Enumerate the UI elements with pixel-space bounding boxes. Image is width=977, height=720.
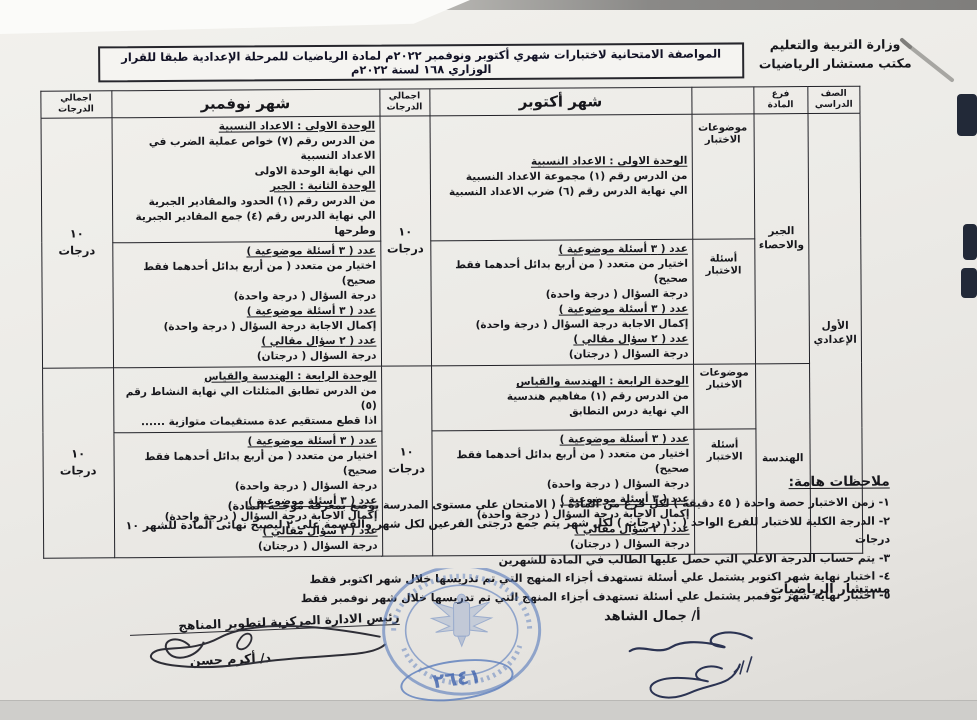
ministry-line1: وزارة التربية والتعليم xyxy=(735,35,935,55)
text-line: اذا قطع مستقيم عدة مستقيمات متوازية ....… xyxy=(118,413,377,430)
header-row-label xyxy=(691,87,753,114)
document-title: المواصفة الامتحانية لاختبارات شهري أكتوب… xyxy=(98,42,744,82)
november-algebra-topics: الوحدة الاولى : الاعداد النسبيةمن الدرس … xyxy=(112,116,381,243)
header-october-total: اجمالي الدرجات xyxy=(379,89,429,116)
text-line: الوحدة الاولى : الاعداد النسبية xyxy=(434,154,687,171)
signature-right-title: مستشار الرياضيات xyxy=(771,582,891,598)
october-algebra-questions: عدد ( ٣ أسئلة موضوعية )اختيار من متعدد (… xyxy=(430,239,693,366)
signature-scribble-right xyxy=(602,620,773,711)
label-topics-geometry: موضوعات الاختبار xyxy=(693,363,755,428)
text-line: عدد ( ٣ أسئلة موضوعية ) xyxy=(435,241,688,258)
text-line: من الدرس رقم (١) الحدود والمقادير الجبري… xyxy=(117,193,376,210)
text-line: إكمال الاجابة درجة السؤال ( درجة واحدة) xyxy=(117,318,376,335)
text-line: عدد ( ٣ أسئلة موضوعية ) xyxy=(436,431,689,448)
text-line: اختيار من متعدد ( من أربع بدائل أحدهما ف… xyxy=(118,448,377,480)
branch-algebra-cell: الجبر والاحصاء xyxy=(754,113,810,363)
geometry-topics-row: الهندسة موضوعات الاختبار الوحدة الرابعة … xyxy=(42,363,862,433)
october-geometry-topics: الوحدة الرابعة : الهندسة والقياسمن الدرس… xyxy=(431,364,693,431)
text-line: من الدرس تطابق المثلثات الي نهاية النشاط… xyxy=(118,383,377,415)
text-line: الي نهاية الدرس رقم (٤) جمع المقادير الج… xyxy=(117,208,376,240)
ministry-header: وزارة التربية والتعليم مكتب مستشار الريا… xyxy=(735,35,935,74)
header-november-total: اجمالي الدرجات xyxy=(40,91,111,118)
text-line: إكمال الاجابة درجة السؤال ( درجة واحدة) xyxy=(435,316,688,333)
text-line: اختيار من متعدد ( من أربع بدائل أحدهما ف… xyxy=(435,256,688,288)
november-algebra-questions: عدد ( ٣ أسئلة موضوعية )اختيار من متعدد (… xyxy=(112,241,381,368)
text-line: درجة السؤال ( درجتان) xyxy=(435,346,688,363)
november-geometry-topics: الوحدة الرابعة : الهندسة والقياسمن الدرس… xyxy=(113,366,381,433)
text-line: الوحدة الرابعة : الهندسة والقياس xyxy=(436,374,689,391)
text-line: درجة السؤال ( درجتان) xyxy=(117,348,376,365)
text-line: عدد ( ٢ سؤال مقالي ) xyxy=(435,331,688,348)
text-line: الي نهاية الدرس رقم (٦) ضرب الاعداد النس… xyxy=(434,184,687,201)
text-line: الي نهاية درس التطابق xyxy=(436,404,689,421)
header-october: شهر أكتوبر xyxy=(429,87,691,115)
text-line: اختيار من متعدد ( من أربع بدائل أحدهما ف… xyxy=(117,258,376,290)
text-line: ٢- الدرجة الكلية للاختبار للفرع الواحد (… xyxy=(90,512,890,554)
text-line: الوحدة الثانية : الجبر xyxy=(116,178,375,195)
text-line: درجة السؤال ( درجة واحدة) xyxy=(435,286,688,303)
ministry-line2: مكتب مستشار الرياضيات xyxy=(735,54,935,74)
signature-left-title: رئيس الادارة المركزية لتطوير المناهج xyxy=(129,610,399,636)
text-line: عدد ( ٢ سؤال مقالي ) xyxy=(117,333,376,350)
header-branch: فرع المادة xyxy=(753,87,807,114)
text-line: اختيار من متعدد ( من أربع بدائل أحدهما ف… xyxy=(436,446,689,478)
october-algebra-total: ١٠ درجات xyxy=(380,115,432,365)
label-topics-algebra: موضوعات الاختبار xyxy=(692,113,755,238)
text-line: من الدرس رقم (١) مجموعة الاعداد النسبية xyxy=(434,169,687,186)
algebra-topics-row: الأول الإعدادي الجبر والاحصاء موضوعات ال… xyxy=(41,113,861,243)
text-line: عدد ( ٣ أسئلة موضوعية ) xyxy=(118,433,377,450)
label-questions-algebra: أسئلة الاختبار xyxy=(692,238,755,363)
text-line: عدد ( ٣ أسئلة موضوعية ) xyxy=(117,243,376,260)
text-line: من الدرس رقم (١) مفاهيم هندسية xyxy=(436,389,689,406)
algebra-questions-row: أسئلة الاختبار عدد ( ٣ أسئلة موضوعية )اخ… xyxy=(41,238,861,368)
text-line: الي نهاية الوحدة الاولى xyxy=(116,163,375,180)
document-content: وزارة التربية والتعليم مكتب مستشار الريا… xyxy=(0,0,977,720)
october-algebra-topics: الوحدة الاولى : الاعداد النسبيةمن الدرس … xyxy=(430,114,693,241)
text-line: من الدرس رقم (٧) خواص عملية الضرب في الا… xyxy=(116,133,375,165)
text-line: الوحدة الرابعة : الهندسة والقياس xyxy=(118,368,377,385)
november-algebra-total: ١٠ درجات xyxy=(41,117,114,367)
stamp-number: ٢٦٤١ xyxy=(398,653,516,707)
text-line: عدد ( ٣ أسئلة موضوعية ) xyxy=(435,301,688,318)
header-november: شهر نوفمبر xyxy=(111,89,379,117)
scanned-document-photo: وزارة التربية والتعليم مكتب مستشار الريا… xyxy=(0,0,977,720)
text-line: درجة السؤال ( درجة واحدة) xyxy=(117,288,376,305)
text-line: الوحدة الاولى : الاعداد النسبية xyxy=(116,118,375,135)
header-grade: الصف الدراسي xyxy=(808,86,860,113)
signature-right-name: أ/ جمال الشاهد xyxy=(604,609,701,625)
text-line: عدد ( ٣ أسئلة موضوعية ) xyxy=(117,303,376,320)
signature-left-name: د/ أكرم حسن xyxy=(190,650,272,668)
